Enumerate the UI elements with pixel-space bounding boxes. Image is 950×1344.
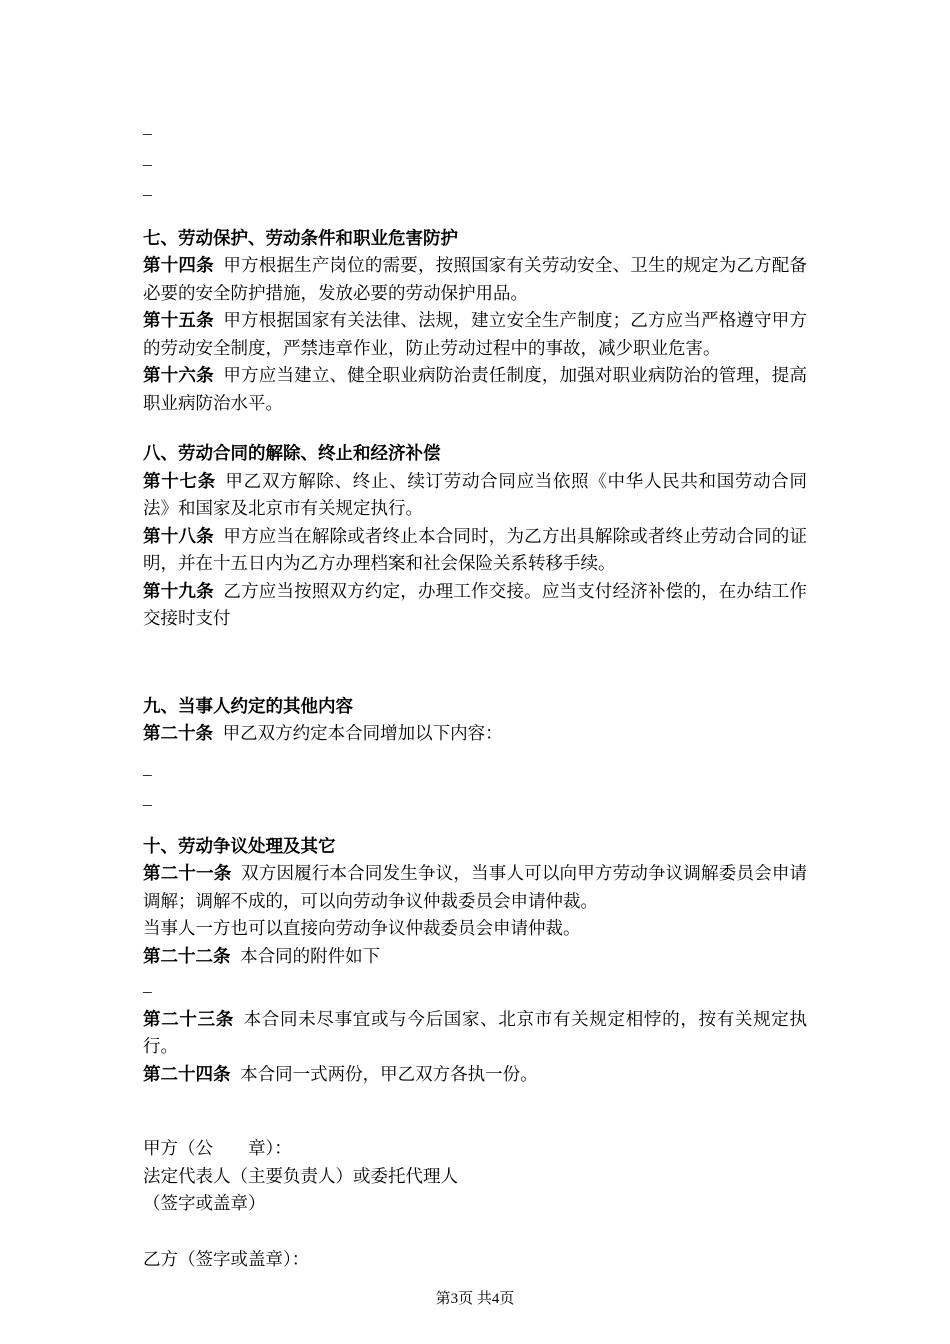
- signature-party-b: 乙方（签字或盖章）：: [143, 1246, 807, 1274]
- clause-22-text: 本合同的附件如下: [240, 946, 380, 966]
- clause-24-text: 本合同一式两份，甲乙双方各执一份。: [240, 1064, 538, 1084]
- clause-21: 第二十一条双方因履行本合同发生争议，当事人可以向甲方劳动争议调解委员会申请调解；…: [143, 860, 807, 915]
- clause-18-label: 第十八条: [143, 526, 214, 546]
- clause-21-continuation-text: 当事人一方也可以直接向劳动争议仲裁委员会申请仲裁。: [143, 918, 581, 938]
- section-heading-other-agreed-content: 九、当事人约定的其他内容: [143, 693, 807, 721]
- contract-document-page: – – – 七、劳动保护、劳动条件和职业危害防护 第十四条甲方根据生产岗位的需要…: [0, 0, 950, 1344]
- signature-sign-or-seal: （签字或盖章）: [143, 1190, 807, 1218]
- clause-21-continuation: 当事人一方也可以直接向劳动争议仲裁委员会申请仲裁。: [143, 915, 807, 943]
- signature-party-a-seal: 甲方（公 章）：: [143, 1135, 807, 1163]
- clause-22: 第二十二条本合同的附件如下: [143, 943, 807, 971]
- clause-15-label: 第十五条: [143, 310, 214, 330]
- clause-19: 第十九条乙方应当按照双方约定，办理工作交接。应当支付经济补偿的，在办结工作交接时…: [143, 578, 807, 633]
- clause-20: 第二十条甲乙双方约定本合同增加以下内容：: [143, 720, 807, 748]
- page-number-footer: 第3页 共4页: [143, 1286, 807, 1314]
- clause-17: 第十七条甲乙双方解除、终止、续订劳动合同应当依照《中华人民共和国劳动合同法》和国…: [143, 468, 807, 523]
- clause-17-label: 第十七条: [143, 471, 216, 491]
- clause-24-label: 第二十四条: [143, 1064, 231, 1084]
- clause-19-text: 乙方应当按照双方约定，办理工作交接。应当支付经济补偿的，在办结工作交接时支付: [143, 581, 807, 629]
- clause-14: 第十四条甲方根据生产岗位的需要，按照国家有关劳动安全、卫生的规定为乙方配备必要的…: [143, 252, 807, 307]
- signature-legal-representative: 法定代表人（主要负责人）或委托代理人: [143, 1163, 807, 1191]
- clause-17-text: 甲乙双方解除、终止、续订劳动合同应当依照《中华人民共和国劳动合同法》和国家及北京…: [143, 471, 807, 519]
- blank-line-placeholder: –: [143, 791, 807, 819]
- blank-line-placeholder: –: [143, 978, 807, 1006]
- blank-line-placeholder: –: [143, 761, 807, 789]
- clause-20-label: 第二十条: [143, 723, 213, 743]
- clause-23-label: 第二十三条: [143, 1009, 234, 1029]
- clause-16-text: 甲方应当建立、健全职业病防治责任制度，加强对职业病防治的管理，提高职业病防治水平…: [143, 365, 807, 413]
- clause-15: 第十五条甲方根据国家有关法律、法规，建立安全生产制度；乙方应当严格遵守甲方的劳动…: [143, 307, 807, 362]
- clause-16-label: 第十六条: [143, 365, 214, 385]
- clause-14-text: 甲方根据生产岗位的需要，按照国家有关劳动安全、卫生的规定为乙方配备必要的安全防护…: [143, 255, 807, 303]
- clause-16: 第十六条甲方应当建立、健全职业病防治责任制度，加强对职业病防治的管理，提高职业病…: [143, 362, 807, 417]
- section-heading-labor-protection: 七、劳动保护、劳动条件和职业危害防护: [143, 225, 807, 253]
- clause-24: 第二十四条本合同一式两份，甲乙双方各执一份。: [143, 1061, 807, 1089]
- clause-20-text: 甲乙双方约定本合同增加以下内容：: [223, 723, 503, 743]
- section-heading-termination-compensation: 八、劳动合同的解除、终止和经济补偿: [143, 440, 807, 468]
- blank-line-placeholder: –: [143, 120, 807, 148]
- clause-23-text: 本合同未尽事宜或与今后国家、北京市有关规定相悖的，按有关规定执行。: [143, 1009, 807, 1057]
- clause-19-label: 第十九条: [143, 581, 214, 601]
- clause-18: 第十八条甲方应当在解除或者终止本合同时，为乙方出具解除或者终止劳动合同的证明，并…: [143, 523, 807, 578]
- clause-23: 第二十三条本合同未尽事宜或与今后国家、北京市有关规定相悖的，按有关规定执行。: [143, 1006, 807, 1061]
- clause-15-text: 甲方根据国家有关法律、法规，建立安全生产制度；乙方应当严格遵守甲方的劳动安全制度…: [143, 310, 807, 358]
- blank-line-placeholder: –: [143, 181, 807, 209]
- section-heading-dispute-resolution: 十、劳动争议处理及其它: [143, 833, 807, 861]
- clause-21-label: 第二十一条: [143, 863, 231, 883]
- clause-21-text: 双方因履行本合同发生争议，当事人可以向甲方劳动争议调解委员会申请调解；调解不成的…: [143, 863, 807, 911]
- clause-22-label: 第二十二条: [143, 946, 231, 966]
- clause-14-label: 第十四条: [143, 255, 214, 275]
- blank-line-placeholder: –: [143, 151, 807, 179]
- clause-18-text: 甲方应当在解除或者终止本合同时，为乙方出具解除或者终止劳动合同的证明，并在十五日…: [143, 526, 807, 574]
